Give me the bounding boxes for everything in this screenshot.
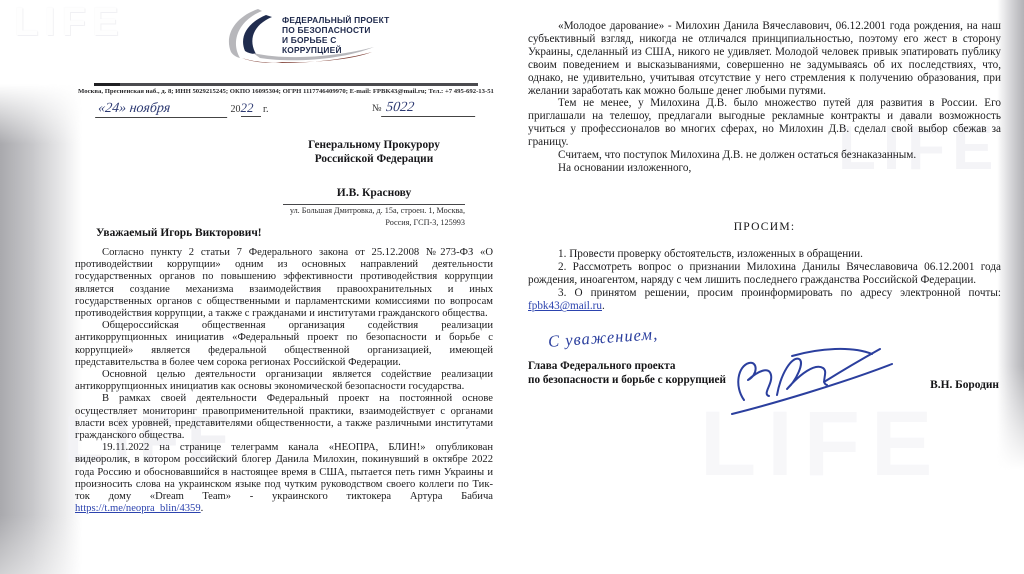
- org-logo-text: ФЕДЕРАЛЬНЫЙ ПРОЕКТ ПО БЕЗОПАСНОСТИ И БОР…: [282, 15, 396, 55]
- request-item: 1. Провести проверку обстоятельств, изло…: [528, 248, 1001, 261]
- page1-body: Согласно пункту 2 статьи 7 Федерального …: [75, 247, 493, 515]
- date-suffix: г.: [263, 104, 268, 115]
- org-logo-line2: ПО БЕЗОПАСНОСТИ: [282, 25, 396, 35]
- signature-block: Глава Федерального проекта по безопаснос…: [528, 360, 1001, 420]
- number-row: №5022: [372, 100, 476, 117]
- addressee-address-line2: Россия, ГСП-3, 125993: [283, 218, 465, 229]
- letterhead-rule: [94, 83, 478, 86]
- org-logo-line3: И БОРЬБЕ С КОРРУПЦИЕЙ: [282, 35, 396, 55]
- paragraph: Согласно пункту 2 статьи 7 Федерального …: [75, 247, 493, 320]
- paragraph-end: .: [201, 503, 204, 514]
- signature-scribble: [722, 342, 902, 426]
- org-logo-line1: ФЕДЕРАЛЬНЫЙ ПРОЕКТ: [282, 15, 396, 25]
- letterhead-contact-line: Москва, Пресненская наб., д. 8; ИНН 5029…: [78, 88, 482, 95]
- addressee-name-underline: И.В. Краснову: [283, 183, 465, 205]
- handwritten-date: «24» ноября: [95, 101, 229, 118]
- date-century: 20: [231, 104, 241, 115]
- addressee-address-line1: ул. Большая Дмитровка, д. 15а, строен. 1…: [283, 206, 465, 217]
- paragraph: В рамках своей деятельности Федеральный …: [75, 393, 493, 442]
- request-item-end: .: [602, 300, 605, 312]
- request-items: 1. Провести проверку обстоятельств, изло…: [528, 248, 1001, 313]
- signer-name: В.Н. Бородин: [930, 379, 999, 391]
- addressee-line2: Российской Федерации: [283, 153, 465, 167]
- page2-body: «Молодое дарование» - Милохин Данила Вяч…: [528, 20, 1001, 175]
- paragraph: Считаем, что поступок Милохина Д.В. не д…: [528, 149, 1001, 162]
- paragraph-with-link: 19.11.2022 на странице телеграмм канала …: [75, 442, 493, 515]
- number-label: №: [372, 103, 382, 114]
- paragraph: На основании изложенного,: [528, 162, 1001, 175]
- scanned-letter-screenshot: LIFE LIFE LIFE LIFE LIFE ФЕДЕРАЛЬНЫЙ ПРО…: [0, 0, 1024, 574]
- request-item-text: 3. О принятом решении, просим проинформи…: [558, 287, 1001, 299]
- paragraph: «Молодое дарование» - Милохин Данила Вяч…: [528, 20, 1001, 97]
- handwritten-number: 5022: [381, 100, 477, 117]
- handwritten-closing: С уважением,: [547, 324, 658, 352]
- date-row: «24» ноября 2022 г.: [96, 100, 268, 118]
- salutation: Уважаемый Игорь Викторович!: [96, 227, 262, 239]
- org-logo: ФЕДЕРАЛЬНЫЙ ПРОЕКТ ПО БЕЗОПАСНОСТИ И БОР…: [220, 6, 396, 66]
- scan-edge-right: [997, 0, 1024, 470]
- life-watermark: LIFE: [14, 2, 125, 42]
- email-link[interactable]: fpbk43@mail.ru: [528, 300, 602, 312]
- scan-edge-left: [0, 84, 82, 574]
- request-item-with-link: 3. О принятом решении, просим проинформи…: [528, 287, 1001, 313]
- request-item: 2. Рассмотреть вопрос о признании Милохи…: [528, 261, 1001, 287]
- paragraph: Общероссийская общественная организация …: [75, 320, 493, 369]
- paragraph: Тем не менее, у Милохина Д.В. было множе…: [528, 97, 1001, 149]
- addressee-name: И.В. Краснову: [337, 187, 412, 199]
- handwritten-year: 22: [241, 100, 261, 117]
- addressee-block: Генеральному Прокурору Российской Федера…: [283, 139, 465, 228]
- paragraph: Основной целью деятельности организации …: [75, 369, 493, 393]
- telegram-link[interactable]: https://t.me/neopra_blin/4359: [75, 503, 201, 514]
- request-heading: ПРОСИМ:: [528, 220, 1001, 233]
- addressee-line1: Генеральному Прокурору: [283, 139, 465, 153]
- paragraph-text: 19.11.2022 на странице телеграмм канала …: [75, 442, 493, 502]
